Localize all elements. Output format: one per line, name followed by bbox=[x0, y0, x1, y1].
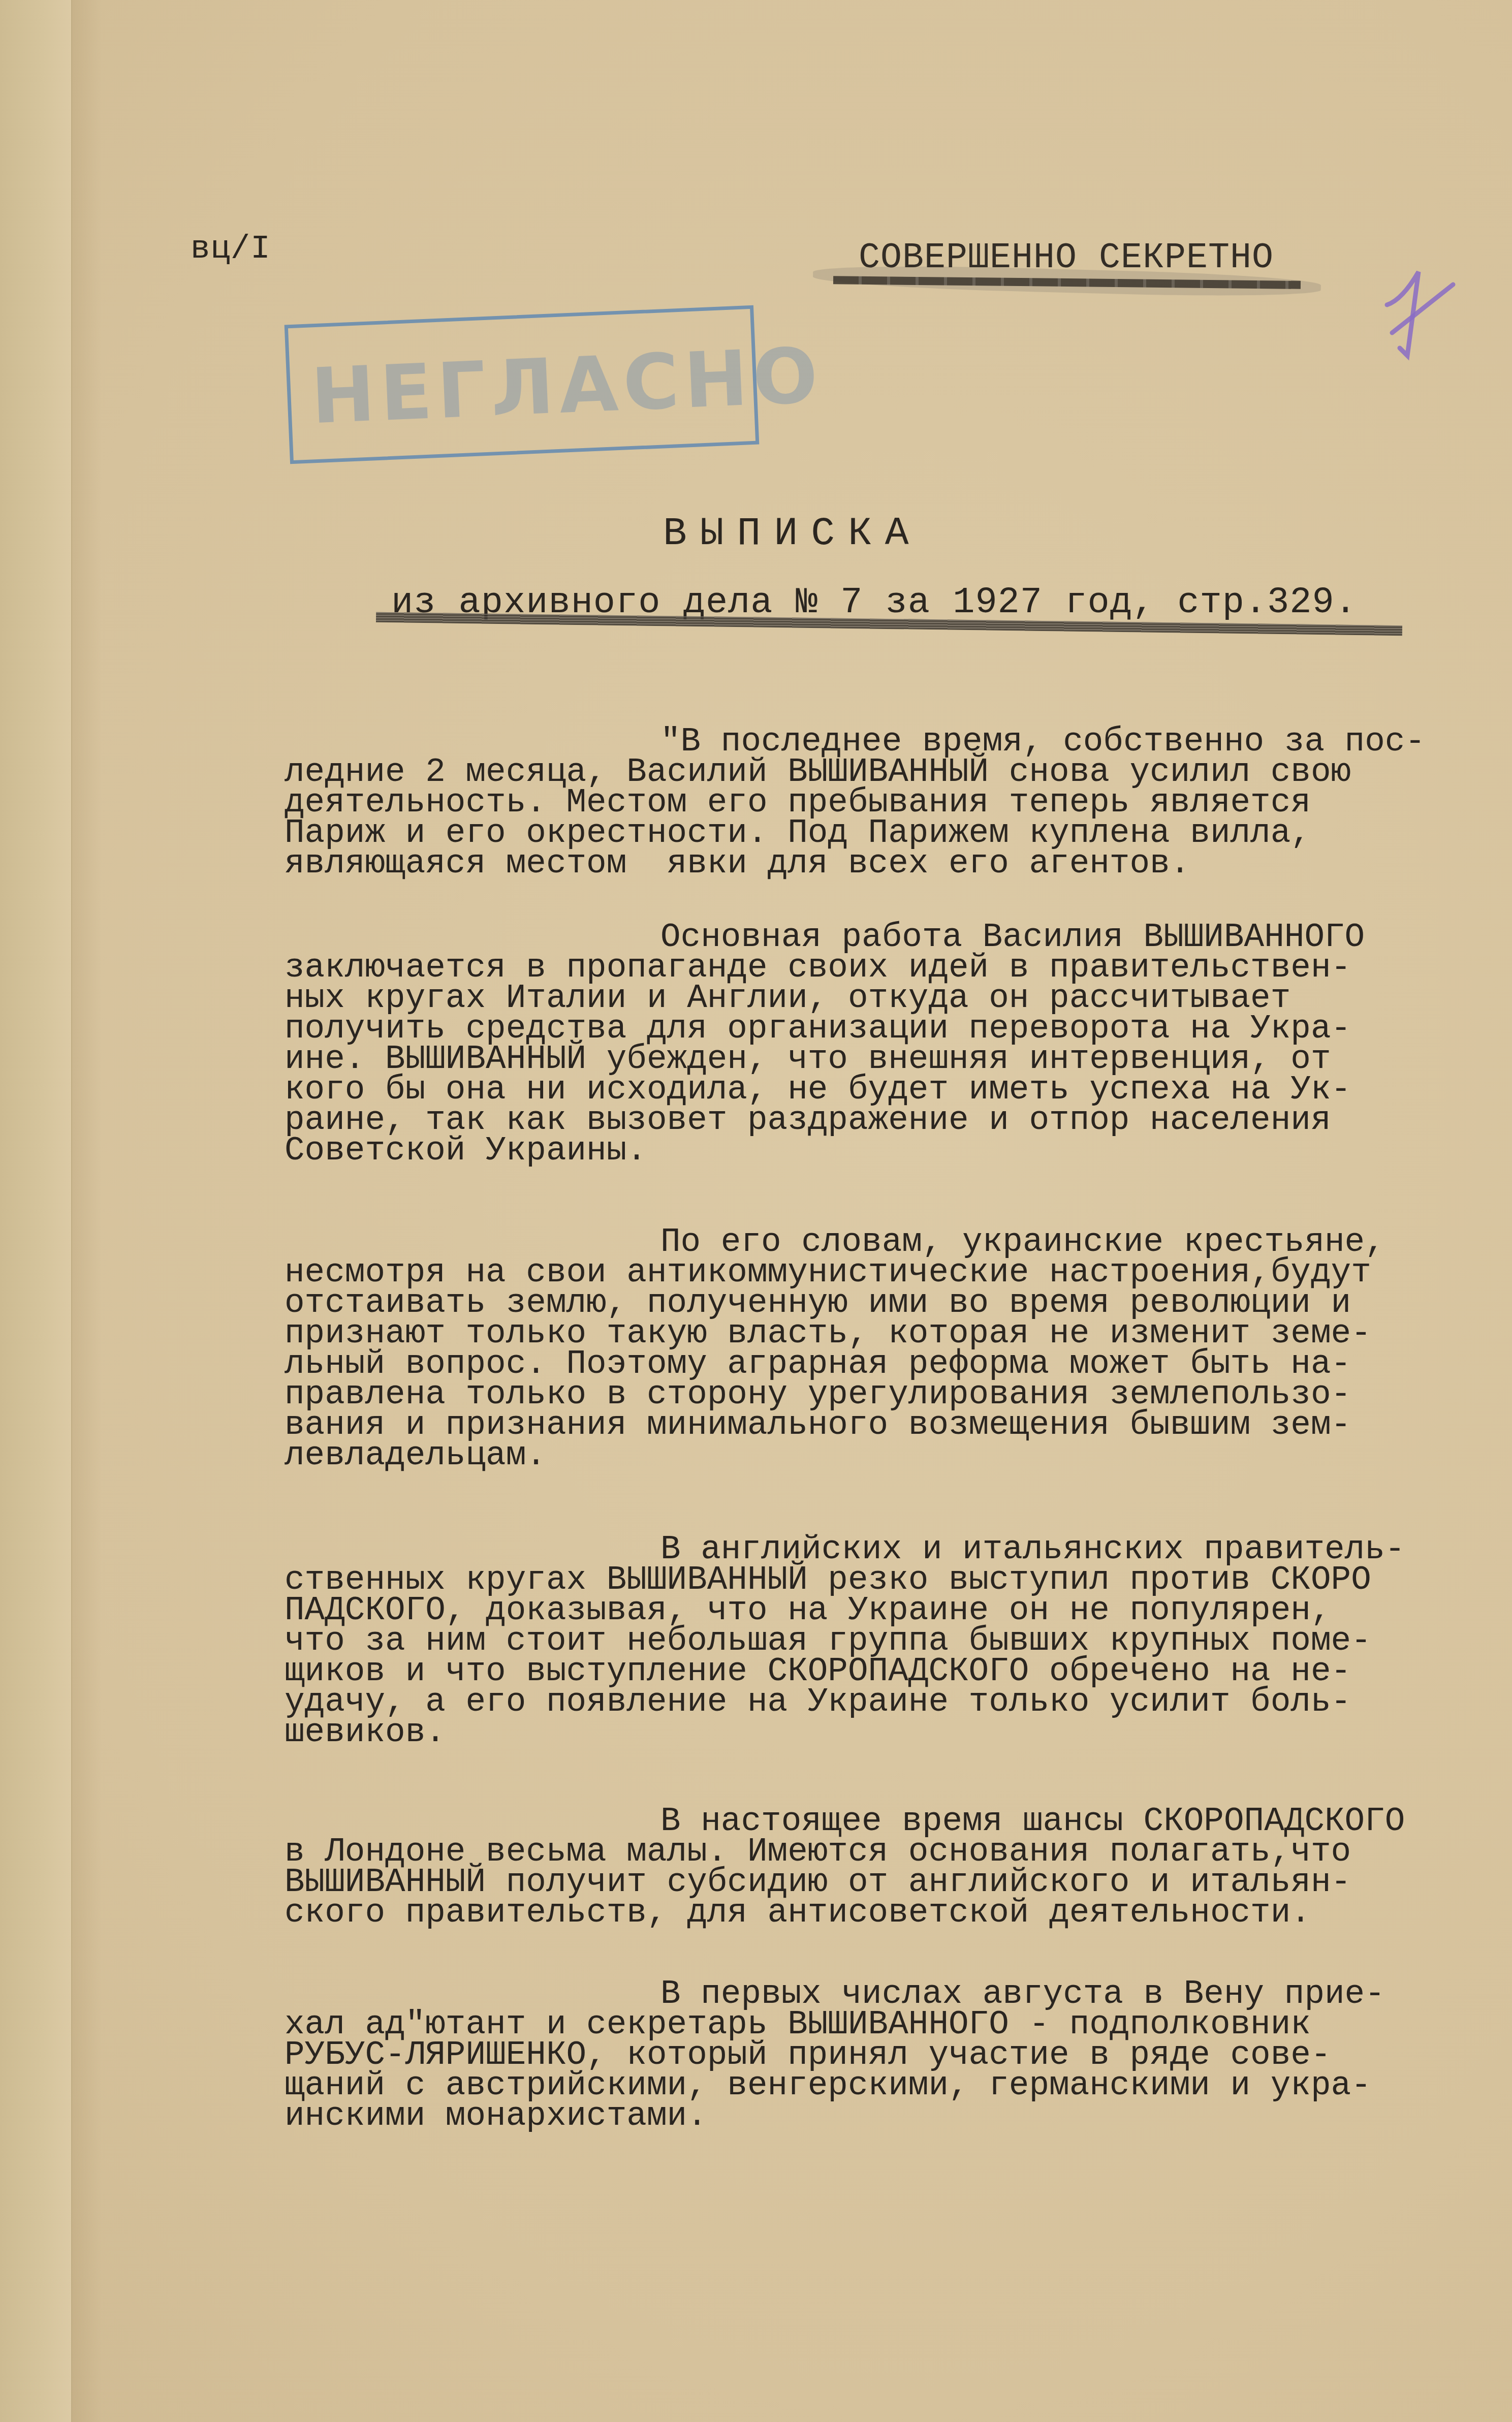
paragraph-line: РУБУС-ЛЯРИШЕНКО, который принял участие … bbox=[285, 2040, 1504, 2070]
paragraph-line: ине. ВЫШИВАННЫЙ убежден, что внешняя инт… bbox=[285, 1044, 1504, 1075]
paragraph-line: что за ним стоит небольшая группа бывших… bbox=[285, 1626, 1504, 1656]
paragraph-2: Основная работа Василия ВЫШИВАННОГО закл… bbox=[285, 922, 1504, 1166]
paragraph-line: хал ад"ютант и секретарь ВЫШИВАННОГО - п… bbox=[285, 2009, 1504, 2040]
paragraph-line: ледние 2 месяца, Василий ВЫШИВАННЫЙ снов… bbox=[285, 757, 1504, 788]
paragraph-line: левладельцам. bbox=[285, 1440, 1504, 1471]
folio-number-mark bbox=[1372, 254, 1468, 371]
paragraph-line: признают только такую власть, которая не… bbox=[285, 1318, 1504, 1349]
paragraph-line: получить средства для организации перево… bbox=[285, 1014, 1504, 1044]
paragraph-line: В первых числах августа в Вену прие- bbox=[285, 1979, 1504, 2009]
paragraph-line: ПАДСКОГО, доказывая, что на Украине он н… bbox=[285, 1595, 1504, 1626]
paragraph-line: заключается в пропаганде своих идей в пр… bbox=[285, 953, 1504, 983]
paragraph-line: ных кругах Италии и Англии, откуда он ра… bbox=[285, 983, 1504, 1014]
paragraph-1: "В последнее время, собственно за пос- л… bbox=[285, 727, 1504, 879]
paragraph-line: щиков и что выступление СКОРОПАДСКОГО об… bbox=[285, 1656, 1504, 1687]
classification-label: СОВЕРШЕННО СЕКРЕТНО bbox=[859, 238, 1274, 279]
paragraph-line: в Лондоне весьма малы. Имеются основания… bbox=[285, 1837, 1504, 1867]
paragraph-line: По его словам, украинские крестьяне, bbox=[285, 1227, 1504, 1257]
paragraph-line: ВЫШИВАННЫЙ получит субсидию от английско… bbox=[285, 1867, 1504, 1898]
paragraph-line: удачу, а его появление на Украине только… bbox=[285, 1687, 1504, 1717]
binding-shadow bbox=[71, 0, 102, 2422]
paragraph-line: кого бы она ни исходила, не будет иметь … bbox=[285, 1075, 1504, 1105]
paragraph-6: В первых числах августа в Вену прие- хал… bbox=[285, 1979, 1504, 2131]
paragraph-line: несмотря на свои антикоммунистические на… bbox=[285, 1257, 1504, 1288]
document-title: ВЫПИСКА bbox=[663, 513, 922, 555]
binding-edge bbox=[0, 0, 72, 2422]
document-reference: вц/I bbox=[191, 229, 271, 270]
paragraph-line: раине, так как вызовет раздражение и отп… bbox=[285, 1105, 1504, 1136]
paragraph-line: Париж и его окрестности. Под Парижем куп… bbox=[285, 818, 1504, 848]
paragraph-line: льный вопрос. Поэтому аграрная реформа м… bbox=[285, 1349, 1504, 1379]
paragraph-line: вания и признания минимального возмещени… bbox=[285, 1410, 1504, 1440]
paragraph-line: щаний с австрийскими, венгерскими, герма… bbox=[285, 2070, 1504, 2101]
paragraph-line: Советской Украины. bbox=[285, 1136, 1504, 1166]
stamp-text: НЕГЛАСНО bbox=[309, 331, 825, 441]
stamp-box: НЕГЛАСНО bbox=[285, 305, 760, 464]
paragraph-line: Основная работа Василия ВЫШИВАННОГО bbox=[285, 922, 1504, 953]
paragraph-line: отстаивать землю, полученную ими во врем… bbox=[285, 1288, 1504, 1318]
paragraph-line: правлена только в сторону урегулирования… bbox=[285, 1379, 1504, 1410]
paragraph-5: В настоящее время шансы СКОРОПАДСКОГО в … bbox=[285, 1806, 1504, 1928]
paragraph-line: шевиков. bbox=[285, 1717, 1504, 1748]
paragraph-line: ского правительств, для антисоветской де… bbox=[285, 1898, 1504, 1928]
paragraph-line: В английских и итальянских правитель- bbox=[285, 1534, 1504, 1565]
paragraph-line: "В последнее время, собственно за пос- bbox=[285, 727, 1504, 757]
paragraph-line: являющаяся местом явки для всех его аген… bbox=[285, 848, 1504, 879]
paragraph-4: В английских и итальянских правитель- ст… bbox=[285, 1534, 1504, 1748]
paragraph-line: инскими монархистами. bbox=[285, 2101, 1504, 2131]
paragraph-line: деятельность. Местом его пребывания тепе… bbox=[285, 788, 1504, 818]
paragraph-line: ственных кругах ВЫШИВАННЫЙ резко выступи… bbox=[285, 1565, 1504, 1595]
paragraph-line: В настоящее время шансы СКОРОПАДСКОГО bbox=[285, 1806, 1504, 1837]
paragraph-3: По его словам, украинские крестьяне, нес… bbox=[285, 1227, 1504, 1471]
